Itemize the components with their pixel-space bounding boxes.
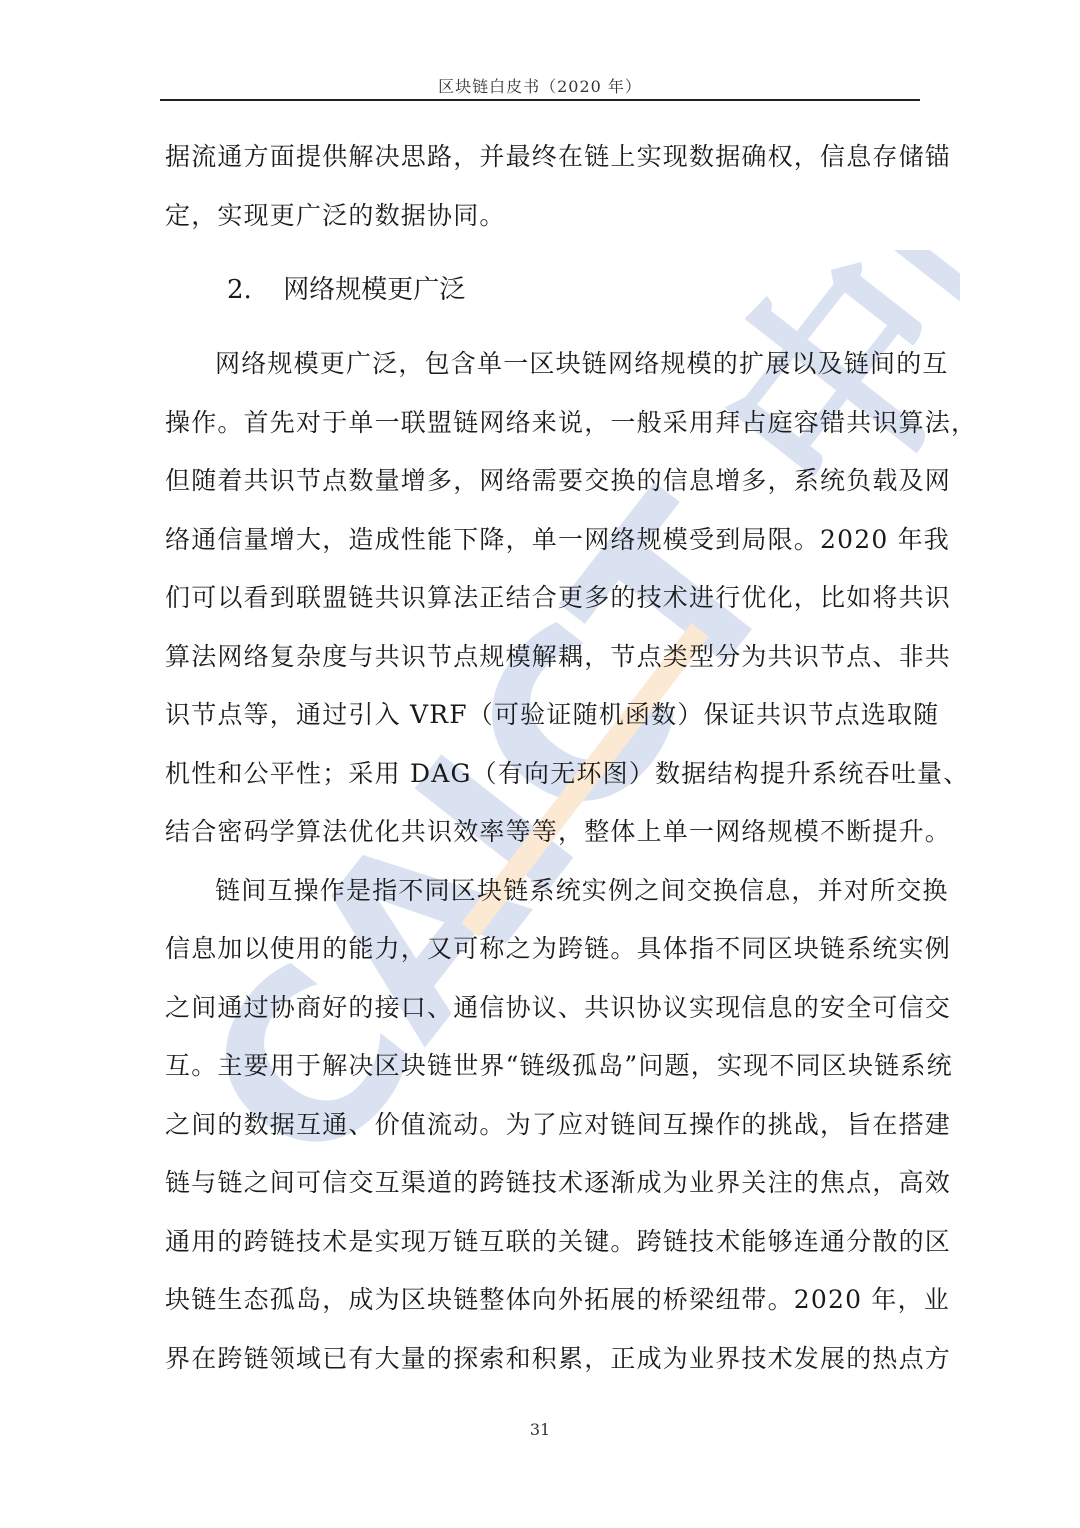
header-divider: [160, 99, 920, 101]
text-line: 机性和公平性；采用 DAG（有向无环图）数据结构提升系统吞吐量、: [165, 745, 917, 804]
text-line: 网络规模更广泛，包含单一区块链网络规模的扩展以及链间的互: [165, 335, 917, 394]
text-line: 据流通方面提供解决思路，并最终在链上实现数据确权，信息存储锚: [165, 128, 917, 187]
section-title: 网络规模更广泛: [283, 275, 465, 305]
text-line: 之间的数据互通、价值流动。为了应对链间互操作的挑战，旨在搭建: [165, 1096, 917, 1155]
section-number: 2.: [227, 245, 275, 335]
text-line: 结合密码学算法优化共识效率等等，整体上单一网络规模不断提升。: [165, 803, 917, 862]
text-line: 识节点等，通过引入 VRF（可验证随机函数）保证共识节点选取随: [165, 686, 917, 745]
text-line: 算法网络复杂度与共识节点规模解耦，节点类型分为共识节点、非共: [165, 628, 917, 687]
page-body: 据流通方面提供解决思路，并最终在链上实现数据确权，信息存储锚 定，实现更广泛的数…: [165, 128, 917, 1388]
text-line: 链间互操作是指不同区块链系统实例之间交换信息，并对所交换: [165, 862, 917, 921]
running-header: 区块链白皮书（2020 年）: [160, 74, 920, 97]
paragraph-3: 链间互操作是指不同区块链系统实例之间交换信息，并对所交换 信息加以使用的能力，又…: [165, 862, 917, 1389]
text-line: 但随着共识节点数量增多，网络需要交换的信息增多，系统负载及网: [165, 452, 917, 511]
text-line: 块链生态孤岛，成为区块链整体向外拓展的桥梁纽带。2020 年，业: [165, 1271, 917, 1330]
text-line: 通用的跨链技术是实现万链互联的关键。跨链技术能够连通分散的区: [165, 1213, 917, 1272]
text-line: 定，实现更广泛的数据协同。: [165, 187, 917, 246]
text-line: 信息加以使用的能力，又可称之为跨链。具体指不同区块链系统实例: [165, 920, 917, 979]
text-line: 络通信量增大，造成性能下降，单一网络规模受到局限。2020 年我: [165, 511, 917, 570]
section-heading: 2. 网络规模更广泛: [165, 245, 917, 335]
text-line: 们可以看到联盟链共识算法正结合更多的技术进行优化，比如将共识: [165, 569, 917, 628]
text-line: 互。主要用于解决区块链世界“链级孤岛”问题，实现不同区块链系统: [165, 1037, 917, 1096]
text-line: 操作。首先对于单一联盟链网络来说，一般采用拜占庭容错共识算法，: [165, 394, 917, 453]
paragraph-2: 网络规模更广泛，包含单一区块链网络规模的扩展以及链间的互 操作。首先对于单一联盟…: [165, 335, 917, 862]
text-line: 之间通过协商好的接口、通信协议、共识协议实现信息的安全可信交: [165, 979, 917, 1038]
text-line: 界在跨链领域已有大量的探索和积累，正成为业界技术发展的热点方: [165, 1330, 917, 1389]
text-line: 链与链之间可信交互渠道的跨链技术逐渐成为业界关注的焦点，高效: [165, 1154, 917, 1213]
page-number: 31: [0, 1420, 1080, 1439]
paragraph-1: 据流通方面提供解决思路，并最终在链上实现数据确权，信息存储锚 定，实现更广泛的数…: [165, 128, 917, 245]
